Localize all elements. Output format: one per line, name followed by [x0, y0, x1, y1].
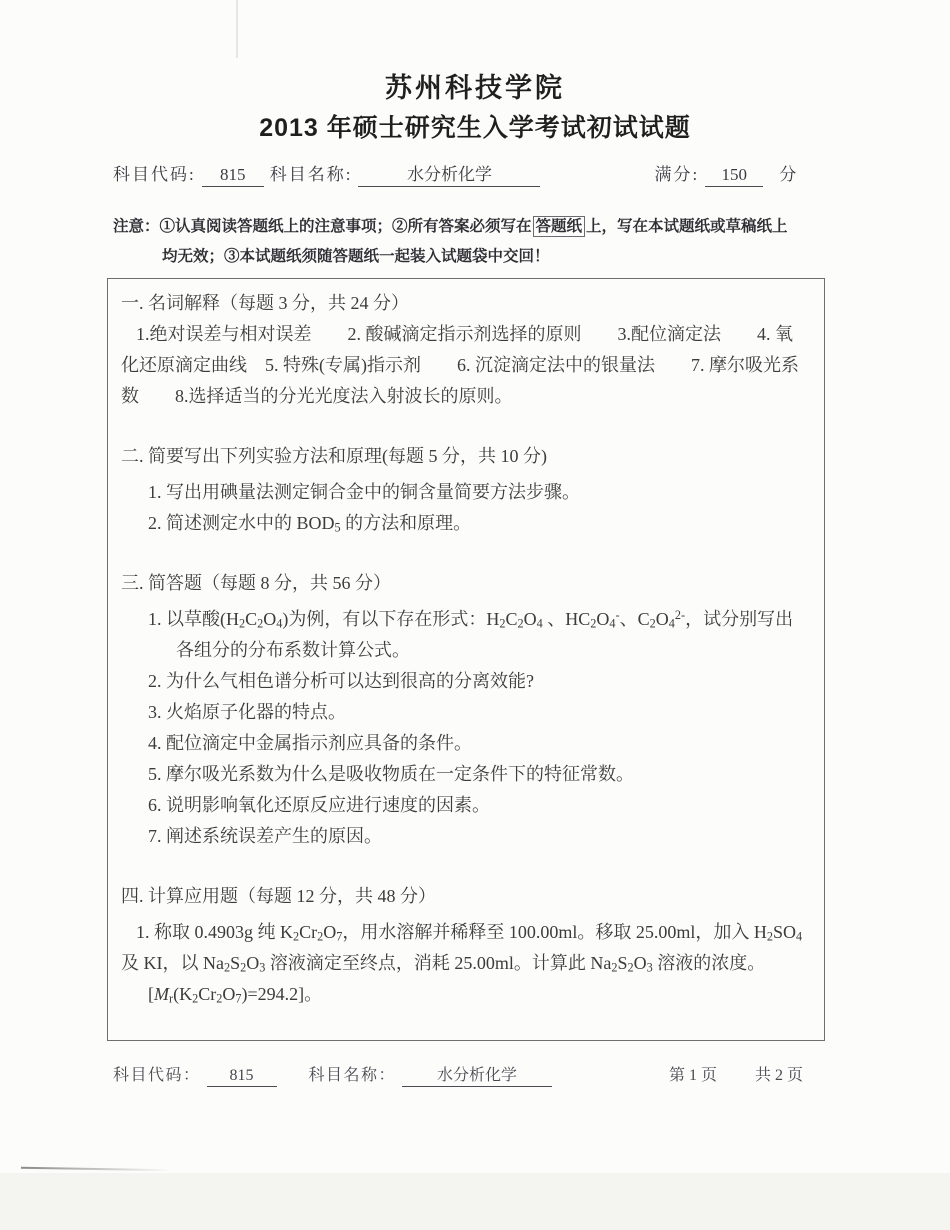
- question-section: 一. 名词解释（每题 3 分，共 24 分）1.绝对误差与相对误差 2. 酸碱滴…: [121, 288, 811, 412]
- full-score-unit: 分: [779, 160, 798, 185]
- notice-line-2: 均无效；③本试题纸须随答题纸一起装入试题袋中交回！: [113, 242, 853, 272]
- question-line: 数 8.选择适当的分光光度法入射波长的原则。: [121, 381, 811, 412]
- section-heading: 一. 名词解释（每题 3 分，共 24 分）: [121, 288, 811, 319]
- answer-sheet-boxed-term: 答题纸: [533, 216, 586, 237]
- question-line: 化还原滴定曲线 5. 特殊(专属)指示剂 6. 沉淀滴定法中的银量法 7. 摩尔…: [121, 350, 811, 381]
- subject-code-value: 815: [202, 165, 264, 187]
- question-section: 四. 计算应用题（每题 12 分，共 48 分）1. 称取 0.4903g 纯 …: [121, 881, 811, 1010]
- full-score-group: 满分: 150 分: [654, 160, 798, 187]
- question-line: 5. 摩尔吸光系数为什么是吸收物质在一定条件下的特征常数。: [121, 759, 811, 790]
- scan-artifact-bottom-line: [21, 1167, 171, 1172]
- scan-artifact-bottom-band: [0, 1173, 950, 1230]
- question-line: 4. 配位滴定中金属指示剂应具备的条件。: [121, 728, 811, 759]
- footer-code-label: 科目代码：: [113, 1062, 201, 1085]
- question-line: 1. 写出用碘量法测定铜合金中的铜含量简要方法步骤。: [121, 477, 811, 508]
- question-sections: 一. 名词解释（每题 3 分，共 24 分）1.绝对误差与相对误差 2. 酸碱滴…: [121, 288, 811, 1010]
- full-score-value: 150: [705, 165, 763, 187]
- question-section: 三. 简答题（每题 8 分，共 56 分）1. 以草酸(H2C2O4)为例，有以…: [121, 568, 811, 852]
- section-heading: 四. 计算应用题（每题 12 分，共 48 分）: [121, 881, 811, 912]
- question-line: 3. 火焰原子化器的特点。: [121, 697, 811, 728]
- exam-paper-page: 苏州科技学院 2013 年硕士研究生入学考试初试试题 科目代码: 815 科目名…: [0, 0, 950, 1230]
- question-box: 一. 名词解释（每题 3 分，共 24 分）1.绝对误差与相对误差 2. 酸碱滴…: [107, 278, 825, 1041]
- question-line: 1.绝对误差与相对误差 2. 酸碱滴定指示剂选择的原则 3.配位滴定法 4. 氧: [121, 319, 811, 350]
- subject-name-value: 水分析化学: [358, 160, 540, 187]
- question-line: 2. 为什么气相色谱分析可以达到很高的分离效能?: [121, 666, 811, 697]
- subject-name-label: 科目名称:: [270, 160, 353, 185]
- subject-code-label: 科目代码:: [113, 160, 196, 185]
- scan-artifact-top-line: [236, 0, 238, 58]
- question-line: 1. 称取 0.4903g 纯 K2Cr2O7，用水溶解并稀释至 100.00m…: [121, 917, 811, 948]
- question-section: 二. 简要写出下列实验方法和原理(每题 5 分，共 10 分)1. 写出用碘量法…: [121, 441, 811, 539]
- page-number-group: 第 1 页 共 2 页: [669, 1062, 803, 1085]
- notice-block: 注意：①认真阅读答题纸上的注意事项；②所有答案必须写在答题纸上，写在本试题纸或草…: [113, 212, 853, 272]
- question-line: [Mr(K2Cr2O7)=294.2]。: [121, 979, 811, 1010]
- notice-text-before-box: ①认真阅读答题纸上的注意事项；②所有答案必须写在: [160, 218, 532, 235]
- question-line: 及 KI，以 Na2S2O3 溶液滴定至终点，消耗 25.00ml。计算此 Na…: [121, 948, 811, 979]
- notice-line-1: 注意：①认真阅读答题纸上的注意事项；②所有答案必须写在答题纸上，写在本试题纸或草…: [113, 212, 853, 242]
- full-score-label: 满分:: [654, 160, 699, 185]
- subject-bar: 科目代码: 815 科目名称: 水分析化学 满分: 150 分: [113, 160, 813, 187]
- section-heading: 二. 简要写出下列实验方法和原理(每题 5 分，共 10 分): [121, 441, 811, 472]
- question-line: 2. 简述测定水中的 BOD5 的方法和原理。: [121, 508, 811, 539]
- footer-name-value: 水分析化学: [402, 1062, 552, 1087]
- notice-text-after-box: 上，写在本试题纸或草稿纸上: [586, 218, 788, 235]
- footer-bar: 科目代码： 815 科目名称： 水分析化学 第 1 页 共 2 页: [113, 1062, 803, 1087]
- institution-title: 苏州科技学院: [0, 66, 950, 105]
- question-line: 7. 阐述系统误差产生的原因。: [121, 821, 811, 852]
- question-line: 6. 说明影响氧化还原反应进行速度的因素。: [121, 790, 811, 821]
- notice-label: 注意：: [113, 218, 160, 235]
- question-line: 各组分的分布系数计算公式。: [121, 635, 811, 666]
- question-line: 1. 以草酸(H2C2O4)为例，有以下存在形式：H2C2O4 、HC2O4-、…: [121, 604, 811, 635]
- footer-code-value: 815: [207, 1067, 277, 1087]
- exam-title: 2013 年硕士研究生入学考试初试试题: [0, 108, 950, 144]
- footer-name-label: 科目名称：: [309, 1062, 397, 1085]
- section-heading: 三. 简答题（每题 8 分，共 56 分）: [121, 568, 811, 599]
- page-total: 共 2 页: [755, 1062, 803, 1085]
- page-number: 第 1 页: [669, 1062, 717, 1085]
